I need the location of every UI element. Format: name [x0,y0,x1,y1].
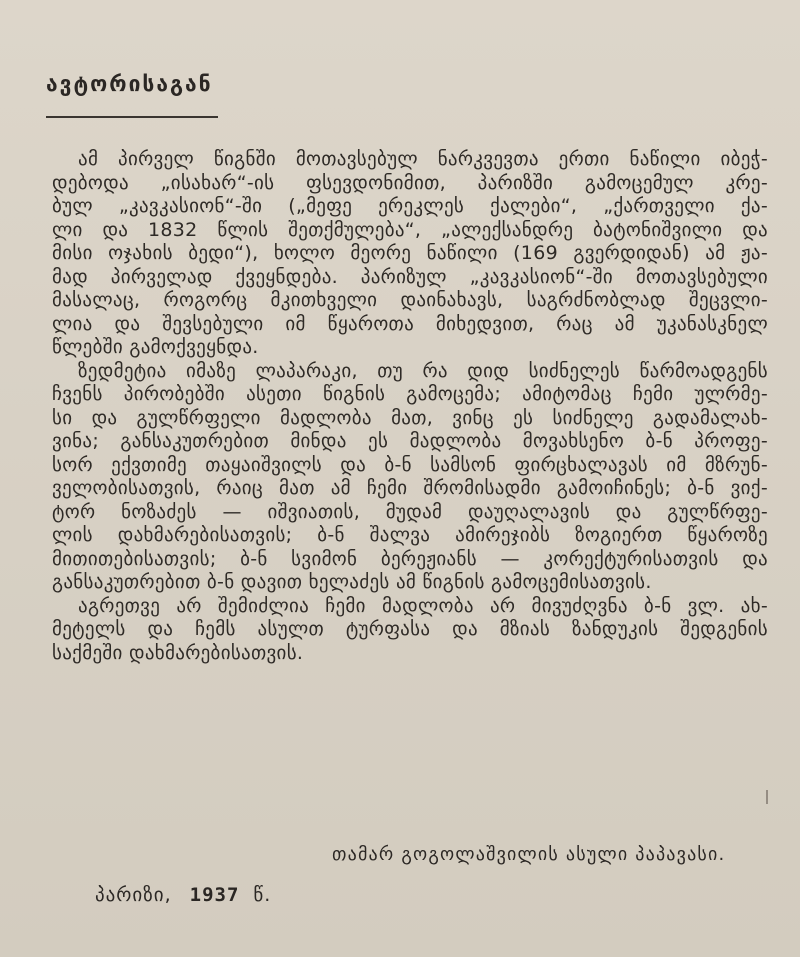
author-signature: თამარ გოგოლაშვილის ასული პაპავასი. [332,844,725,865]
text-line: განსაკუთრებით ბ-ნ დავით ხელაძეს ამ წიგნი… [52,571,768,595]
text-line: სი და გულწრფელი მადლობა მათ, ვინც ეს სიძ… [52,407,768,431]
text-line: ბულ „კავკასიონ“-ში („მეფე ერეკლეს ქალები… [52,195,768,219]
paragraph-1: ამ პირველ წიგნში მოთავსებულ ნარკვევთა ერ… [52,148,768,360]
book-page: ავტორისაგან ამ პირველ წიგნში მოთავსებულ … [0,0,800,957]
text-line: მისი ოჯახის ბედი“), ხოლო მეორე ნაწილი (1… [52,242,768,266]
text-line: ჩვენს პირობებში ასეთი წიგნის გამოცემა; ა… [52,383,768,407]
text-line: ზედმეტია იმაზე ლაპარაკი, თუ რა დიდ სიძნე… [52,360,768,384]
year-suffix: წ. [253,884,271,906]
paragraph-3: აგრეთვე არ შემიძლია ჩემი მადლობა არ მივუ… [52,595,768,666]
text-line: მად პირველად ქვეყნდება. პარიზულ „კავკასი… [52,266,768,290]
text-line: ტორ ნოზაძეს — იშვიათის, მუდამ დაუღალავის… [52,501,768,525]
margin-pencil-mark [766,790,768,804]
title-underline [46,116,218,118]
text-line: ლის დახმარებისათვის; ბ-ნ შალვა ამირეჯიბს… [52,524,768,548]
text-line: საქმეში დახმარებისათვის. [52,642,768,666]
text-line: ლი და 1832 წლის შეთქმულება“, „ალექსანდრე… [52,219,768,243]
year: 1937 [190,884,240,906]
page-title: ავტორისაგან [46,72,213,96]
text-line: მასალაც, როგორც მკითხველი დაინახავს, საგ… [52,289,768,313]
text-line: ველობისათვის, რაიც მათ ამ ჩემი შრომისადმ… [52,477,768,501]
text-line: წლებში გამოქვეყნდა. [52,336,768,360]
text-line: აგრეთვე არ შემიძლია ჩემი მადლობა არ მივუ… [52,595,768,619]
place-and-date: პარიზი,1937წ. [95,884,271,906]
text-line: მეტელს და ჩემს ასულთ ტურფასა და მზიას ზა… [52,618,768,642]
text-line: სორ ექვთიმე თაყაიშვილს და ბ-ნ სამსონ ფირ… [52,454,768,478]
page-body: ამ პირველ წიგნში მოთავსებულ ნარკვევთა ერ… [52,148,768,665]
text-line: დებოდა „ისახარ“-ის ფსევდონიმით, პარიზში … [52,172,768,196]
text-line: ამ პირველ წიგნში მოთავსებულ ნარკვევთა ერ… [52,148,768,172]
place: პარიზი, [95,884,172,906]
paragraph-2: ზედმეტია იმაზე ლაპარაკი, თუ რა დიდ სიძნე… [52,360,768,595]
text-line: მითითებისათვის; ბ-ნ სვიმონ ბერეჟიანს — კ… [52,548,768,572]
text-line: ვინა; განსაკუთრებით მინდა ეს მადლობა მოვ… [52,430,768,454]
text-line: ლია და შევსებული იმ წყაროთა მიხედვით, რა… [52,313,768,337]
